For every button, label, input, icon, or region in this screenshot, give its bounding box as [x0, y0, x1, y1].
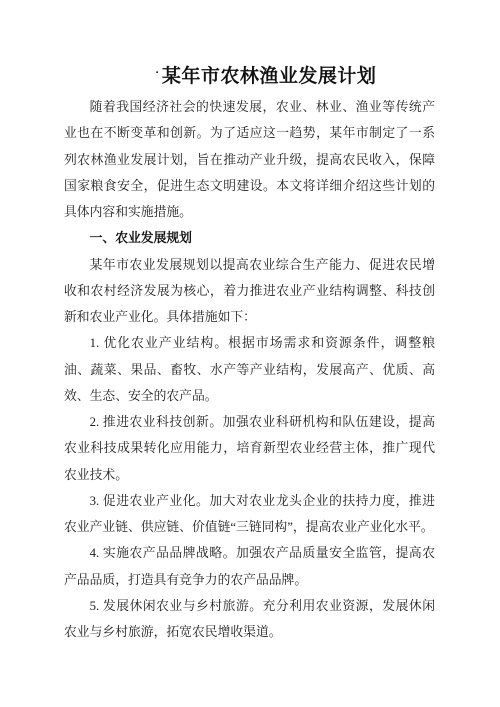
- title-bullet: ·: [156, 67, 160, 79]
- section1-lead-paragraph: 某年市农业发展规划以提高农业综合生产能力、促进农民增收和农村经济发展为核心，着力…: [64, 252, 435, 331]
- section1-item-1: 1. 优化农业产业结构。根据市场需求和资源条件，调整粮油、蔬菜、果品、畜牧、水产…: [64, 330, 435, 409]
- intro-paragraph: 随着我国经济社会的快速发展，农业、林业、渔业等传统产业也在不断变革和创新。为了适…: [64, 94, 435, 225]
- document-page: ·某年市农林渔业发展计划 随着我国经济社会的快速发展，农业、林业、渔业等传统产业…: [0, 0, 500, 707]
- section1-item-5: 5. 发展休闲农业与乡村旅游。充分利用农业资源，发展休闲农业与乡村旅游，拓宽农民…: [64, 593, 435, 646]
- document-title: ·某年市农林渔业发展计划: [80, 61, 452, 88]
- section1-item-3: 3. 促进农业产业化。加大对农业龙头企业的扶持力度，推进农业产业链、供应链、价值…: [64, 488, 435, 541]
- document-body: 随着我国经济社会的快速发展，农业、林业、渔业等传统产业也在不断变革和创新。为了适…: [64, 94, 435, 645]
- section1-item-2: 2. 推进农业科技创新。加强农业科研机构和队伍建设，提高农业科技成果转化应用能力…: [64, 409, 435, 488]
- section1-item-4: 4. 实施农产品品牌战略。加强农产品质量安全监管，提高农产品品质，打造具有竞争力…: [64, 540, 435, 593]
- section1-heading: 一、农业发展规划: [64, 225, 435, 251]
- title-text: 某年市农林渔业发展计划: [162, 66, 377, 87]
